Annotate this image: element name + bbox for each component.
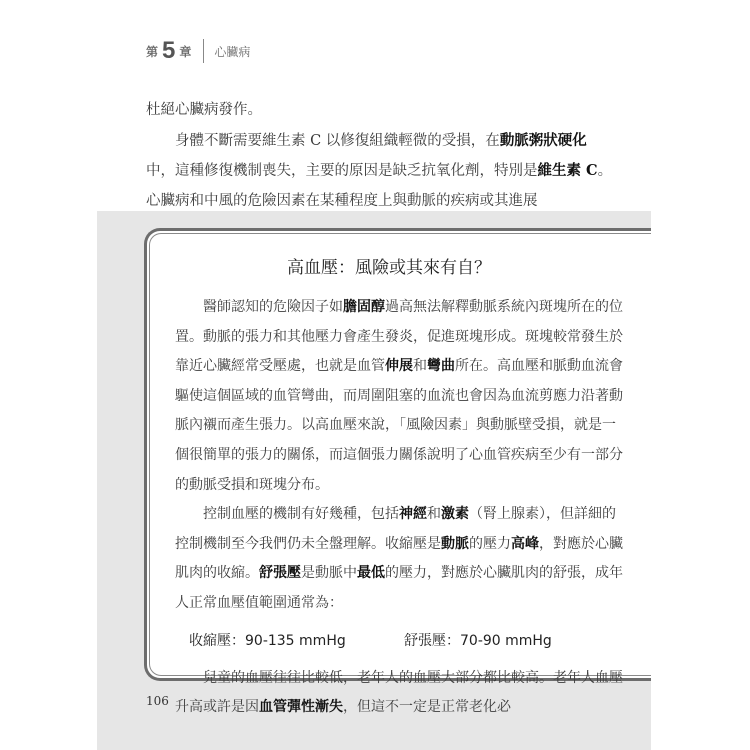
chapter-title: 心臟病 <box>214 43 250 60</box>
sidebar-box: 高血壓：風險或其來有自？ 醫師認知的危險因子如膽固醇過高無法解釋動脈系統內斑塊所… <box>144 228 651 681</box>
page-number: 106 <box>146 694 169 708</box>
chapter-suffix: 章 <box>179 43 191 60</box>
main-body-text: 杜絕心臟病發作。 身體不斷需要維生素 C 以修復組織輕微的受損，在動脈粥狀硬化中… <box>146 96 614 216</box>
header-divider <box>203 39 204 63</box>
sidebar-title: 高血壓：風險或其來有自？ <box>147 253 631 278</box>
sidebar-paragraph-1: 醫師認知的危險因子如膽固醇過高無法解釋動脈系統內斑塊所在的位置。動脈的張力和其他… <box>175 293 623 500</box>
bold-term: 彎曲 <box>427 358 455 374</box>
bold-term: 最低 <box>357 565 385 581</box>
bold-term: 維生素 C <box>538 162 598 179</box>
systolic-range: 收縮壓：90-135 mmHg <box>189 627 379 656</box>
sidebar-paragraph-2: 控制血壓的機制有好幾種，包括神經和激素（腎上腺素），但詳細的控制機制至今我們仍未… <box>175 500 623 618</box>
paragraph-1: 杜絕心臟病發作。 <box>146 96 614 126</box>
sidebar-body: 醫師認知的危險因子如膽固醇過高無法解釋動脈系統內斑塊所在的位置。動脈的張力和其他… <box>175 293 623 723</box>
running-head: 第 5 章 心臟病 <box>146 38 250 64</box>
bold-term: 高峰 <box>511 536 539 552</box>
bold-term: 激素 <box>441 506 469 522</box>
bold-term: 膽固醇 <box>343 299 385 315</box>
blood-pressure-ranges: 收縮壓：90-135 mmHg 舒張壓：70-90 mmHg <box>189 627 623 656</box>
bold-term: 動脈粥狀硬化 <box>500 132 587 149</box>
bold-term: 血管彈性漸失 <box>259 699 343 715</box>
chapter-prefix: 第 <box>146 43 158 60</box>
bold-term: 神經 <box>399 506 427 522</box>
sidebar-paragraph-3: 兒童的血壓往往比較低，老年人的血壓大部分都比較高。老年人血壓升高或許是因血管彈性… <box>175 664 623 723</box>
bold-term: 舒張壓 <box>259 565 301 581</box>
diastolic-range: 舒張壓：70-90 mmHg <box>404 627 594 656</box>
paragraph-2: 身體不斷需要維生素 C 以修復組織輕微的受損，在動脈粥狀硬化中，這種修復機制喪失… <box>146 126 614 217</box>
bold-term: 伸展 <box>385 358 413 374</box>
chapter-number: 5 <box>162 39 175 63</box>
bold-term: 動脈 <box>441 536 469 552</box>
